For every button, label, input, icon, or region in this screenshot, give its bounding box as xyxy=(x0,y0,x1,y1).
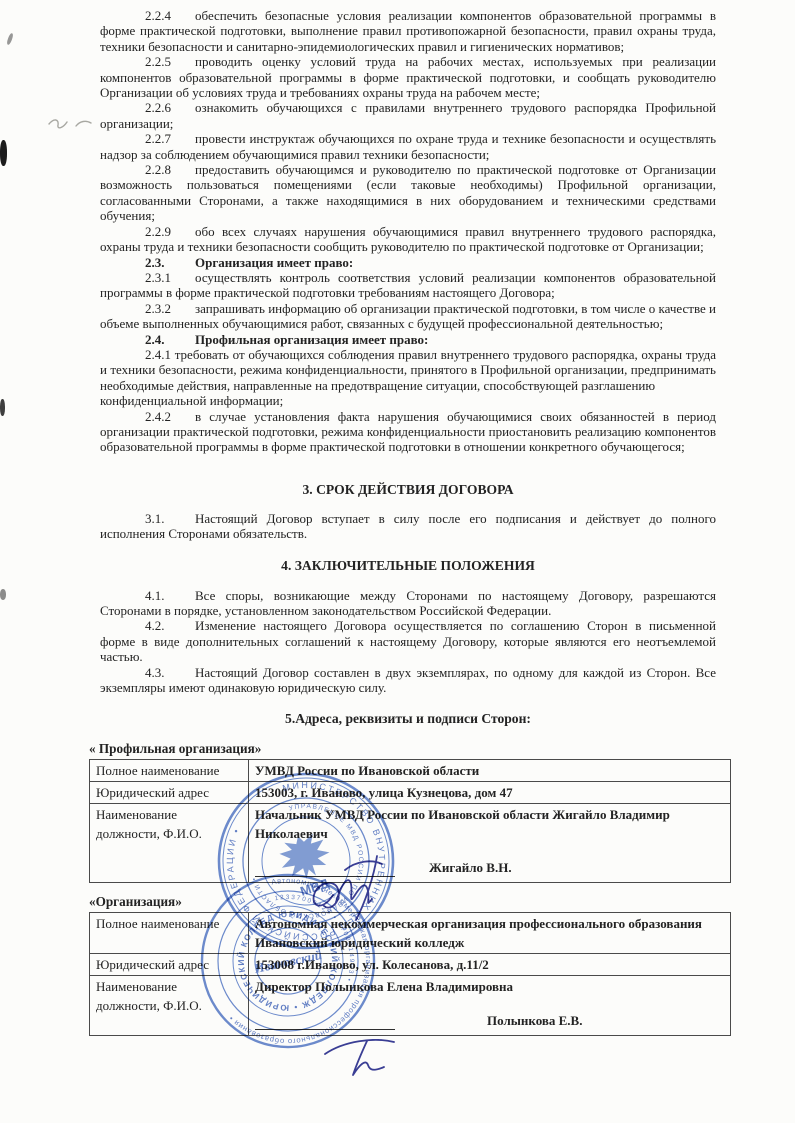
clause-2-2-8: 2.2.8предоставить обучающимся и руководи… xyxy=(100,162,716,224)
scan-smudge xyxy=(0,399,5,416)
clause-2-4-1-continuation: конфиденциальной информации; xyxy=(100,393,716,408)
scan-smudge xyxy=(0,140,7,166)
subsection-2-4-title: 2.4.Профильная организация имеет право: xyxy=(100,332,716,347)
clause-2-2-6: 2.2.6ознакомить обучающихся с правилами … xyxy=(100,100,716,131)
clause-number: 2.4. xyxy=(145,332,195,347)
clause-2-3-1: 2.3.1осуществлять контроль соответствия … xyxy=(100,270,716,301)
clause-2-3-2: 2.3.2запрашивать информацию об организац… xyxy=(100,301,716,332)
clause-4-3: 4.3.Настоящий Договор составлен в двух э… xyxy=(100,665,716,696)
clause-2-2-4: 2.2.4обеспечить безопасные условия реали… xyxy=(100,8,716,54)
clause-number: 2.3.2 xyxy=(145,301,195,316)
clause-2-2-9: 2.2.9обо всех случаях нарушения обучающи… xyxy=(100,224,716,255)
clause-number: 4.3. xyxy=(145,665,195,680)
clause-number: 2.3. xyxy=(145,255,195,270)
clause-2-2-5: 2.2.5проводить оценку условий труда на р… xyxy=(100,54,716,100)
signature-name: Жигайло В.Н. xyxy=(429,858,512,877)
party2-details-table: Полное наименование Автономная некоммерч… xyxy=(89,912,731,1036)
table-row: Юридический адрес 153008 г.Иваново, ул. … xyxy=(90,954,731,976)
section-5-heading: 5.Адреса, реквизиты и подписи Сторон: xyxy=(100,711,716,727)
party1-caption: « Профильная организация» xyxy=(89,741,716,757)
clause-4-1: 4.1.Все споры, возникающие между Сторона… xyxy=(100,588,716,619)
clause-number: 2.2.5 xyxy=(145,54,195,69)
clause-text: 2.4.1 требовать от обучающихся соблюдени… xyxy=(100,347,716,393)
section-4-heading: 4. ЗАКЛЮЧИТЕЛЬНЫЕ ПОЛОЖЕНИЯ xyxy=(100,558,716,574)
table-row: Наименование должности, Ф.И.О. Начальник… xyxy=(90,804,731,883)
clause-number: 2.2.7 xyxy=(145,131,195,146)
zhigailo-handwritten-signature xyxy=(303,849,403,923)
section-3-heading: 3. СРОК ДЕЙСТВИЯ ДОГОВОРА xyxy=(100,482,716,498)
clause-number: 2.2.6 xyxy=(145,100,195,115)
party1-details-table: Полное наименование УМВД России по Ивано… xyxy=(89,759,731,883)
subsection-title-text: Организация имеет право: xyxy=(195,255,353,270)
clause-number: 2.2.8 xyxy=(145,162,195,177)
stamp-script-label: Ивановский xyxy=(252,947,323,976)
clause-number: 4.2. xyxy=(145,618,195,633)
table-row: Полное наименование УМВД России по Ивано… xyxy=(90,760,731,782)
clause-number: 2.2.9 xyxy=(145,224,195,239)
signature-name: Полынкова Е.В. xyxy=(487,1011,582,1030)
scanned-contract-page: 2.2.4обеспечить безопасные условия реали… xyxy=(0,0,795,1123)
table-row: Юридический адрес 153003, г. Иваново, ул… xyxy=(90,782,731,804)
subsection-title-text: Профильная организация имеет право: xyxy=(195,332,428,347)
clause-number: 2.3.1 xyxy=(145,270,195,285)
clause-number: 2.2.4 xyxy=(145,8,195,23)
row-label: Полное наименование xyxy=(90,760,249,782)
clause-number: 3.1. xyxy=(145,511,195,526)
clause-2-4-2: 2.4.2в случае установления факта нарушен… xyxy=(100,409,716,455)
pencil-scribble-mark xyxy=(46,110,94,136)
clause-2-2-7: 2.2.7провести инструктаж обучающихся по … xyxy=(100,131,716,162)
clause-text: конфиденциальной информации; xyxy=(100,393,283,408)
scan-smudge xyxy=(0,589,6,600)
clause-number: 2.4.2 xyxy=(145,409,195,424)
clause-3-1: 3.1.Настоящий Договор вступает в силу по… xyxy=(100,511,716,542)
polynkova-handwritten-signature xyxy=(320,1028,412,1080)
subsection-2-3-title: 2.3.Организация имеет право: xyxy=(100,255,716,270)
clause-2-4-1: 2.4.1 требовать от обучающихся соблюдени… xyxy=(100,347,716,393)
table-row: Наименование должности, Ф.И.О. Директор … xyxy=(90,976,731,1036)
clause-number: 4.1. xyxy=(145,588,195,603)
clause-4-2: 4.2.Изменение настоящего Договора осущес… xyxy=(100,618,716,664)
